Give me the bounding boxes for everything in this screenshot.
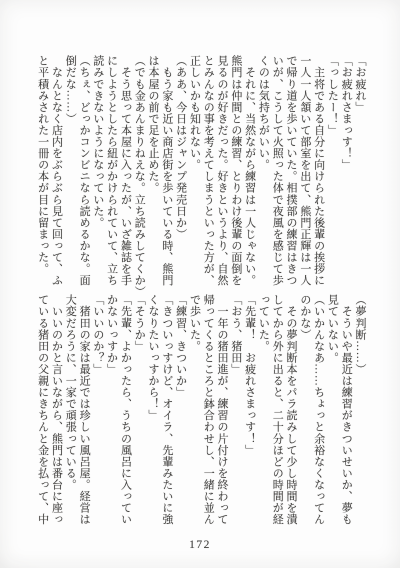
text-line: で帰り道を歩いていた。相撲部の練習はきつ (283, 55, 297, 288)
text-line: 帰ってくるところと鉢合わせし、一緒に並ん (200, 294, 214, 527)
text-line: にしようとしたら紐がかけられていて、立ち (104, 55, 118, 288)
text-line: そう思って本屋に入ったが、いざ雑誌を手 (118, 55, 132, 288)
text-line: かないっすか」 (104, 294, 118, 527)
text-line: 倒だな……） (62, 55, 76, 288)
text-line: くなりたいっすから！」 (145, 294, 159, 527)
text-line: 「おう、猪田」 (228, 294, 242, 527)
text-line: 一年の猪田進が、練習の片付けを終わって (214, 294, 228, 527)
text-line: そういや最近は練習がきついせいか、夢も (338, 294, 352, 527)
text-line: その夢判断本をパラ読みして少し時間を潰 (283, 294, 297, 527)
scanned-book-page: 「お疲れ」「お疲れさまっす！」「っしたー！」 主将である自分に向けられた後輩の挨… (0, 0, 400, 568)
text-line: してから外に出ると、二十分ほどの時間が経 (269, 294, 283, 527)
text-line: （いかんなあ……ちょっと余裕なくなってん (311, 294, 325, 527)
text-line: と平積みされた一冊の本が目に留まった。 (35, 55, 49, 288)
text-line: いが、こうして火照った体で夜風を感じて歩 (269, 55, 283, 288)
upper-text-block: 「お疲れ」「お疲れさまっす！」「っしたー！」 主将である自分に向けられた後輩の挨… (35, 55, 366, 288)
page-number: 172 (0, 539, 400, 551)
text-line: のかな） (297, 294, 311, 527)
text-line: 「先輩！ お疲れさまっす！」 (242, 294, 256, 527)
text-line: ている猪田の父親にきちんと金を払って、中 (35, 294, 49, 527)
text-line: は本屋の前で足を止めた。 (145, 55, 159, 288)
text-line: 「っしたー！」 (325, 55, 339, 288)
text-line: 熊門は仲間との練習、とりわけ後輩の面倒を (228, 55, 242, 288)
text-line: で歩いた。 (187, 294, 201, 527)
text-line: 見るのが好きだった。好きというより、自然 (214, 55, 228, 288)
text-line: それに、当然ながら練習は一人じゃない。 (242, 55, 256, 288)
text-line: 「練習、きついか」 (173, 294, 187, 527)
lower-text-block: （夢判断……） そういや最近は練習がきついせいか、夢も見ていない。（いかんなあ…… (35, 294, 366, 527)
text-line: 「いいのか？」 (90, 294, 104, 527)
text-line: 「お疲れ」 (352, 55, 366, 288)
text-line: 見ていない。 (325, 294, 339, 527)
text-line: 「お疲れさまっす！」 (338, 55, 352, 288)
text-line: 猪田の家は最近では珍しい風呂屋。経営は (76, 294, 90, 527)
text-line: （ちぇ、どっかコンビニなら読めるかな。面 (76, 55, 90, 288)
text-line: いいのかと言いながら、熊門は番台に座っ (49, 294, 63, 527)
text-line: 「きついっすけど、オイラ、先輩みたいに強 (159, 294, 173, 527)
text-line: 読みできないようになっていた。 (90, 55, 104, 288)
text-line: 主将である自分に向けられた後輩の挨拶に (311, 55, 325, 288)
text-line: 「先輩、よかったら、うちの風呂に入ってい (118, 294, 132, 527)
text-line: （夢判断……） (352, 294, 366, 527)
text-line: 大変だろうに、一家で頑張っている。 (62, 294, 76, 527)
text-line: 正しいかも知れない。 (187, 55, 201, 288)
text-line: なんとなく店内をぶらぶら見て回って、ふ (49, 55, 63, 288)
text-line: もう家も近い商店街を歩いている時、熊門 (159, 55, 173, 288)
text-line: （でも金あんまりねえな。立ち読みしてくか） (131, 55, 145, 288)
text-line: 「そうか」 (131, 294, 145, 527)
text-line: くのは気持ちがいい。 (256, 55, 270, 288)
text-line: とみんなの事を考えてしまうといった方が、 (200, 55, 214, 288)
text-line: 一人一人頷いて部室を出て、熊門正輝は一人 (297, 55, 311, 288)
text-line: （ああ、今日はジャンプ発売日か） (173, 55, 187, 288)
text-line: っていた。 (256, 294, 270, 527)
